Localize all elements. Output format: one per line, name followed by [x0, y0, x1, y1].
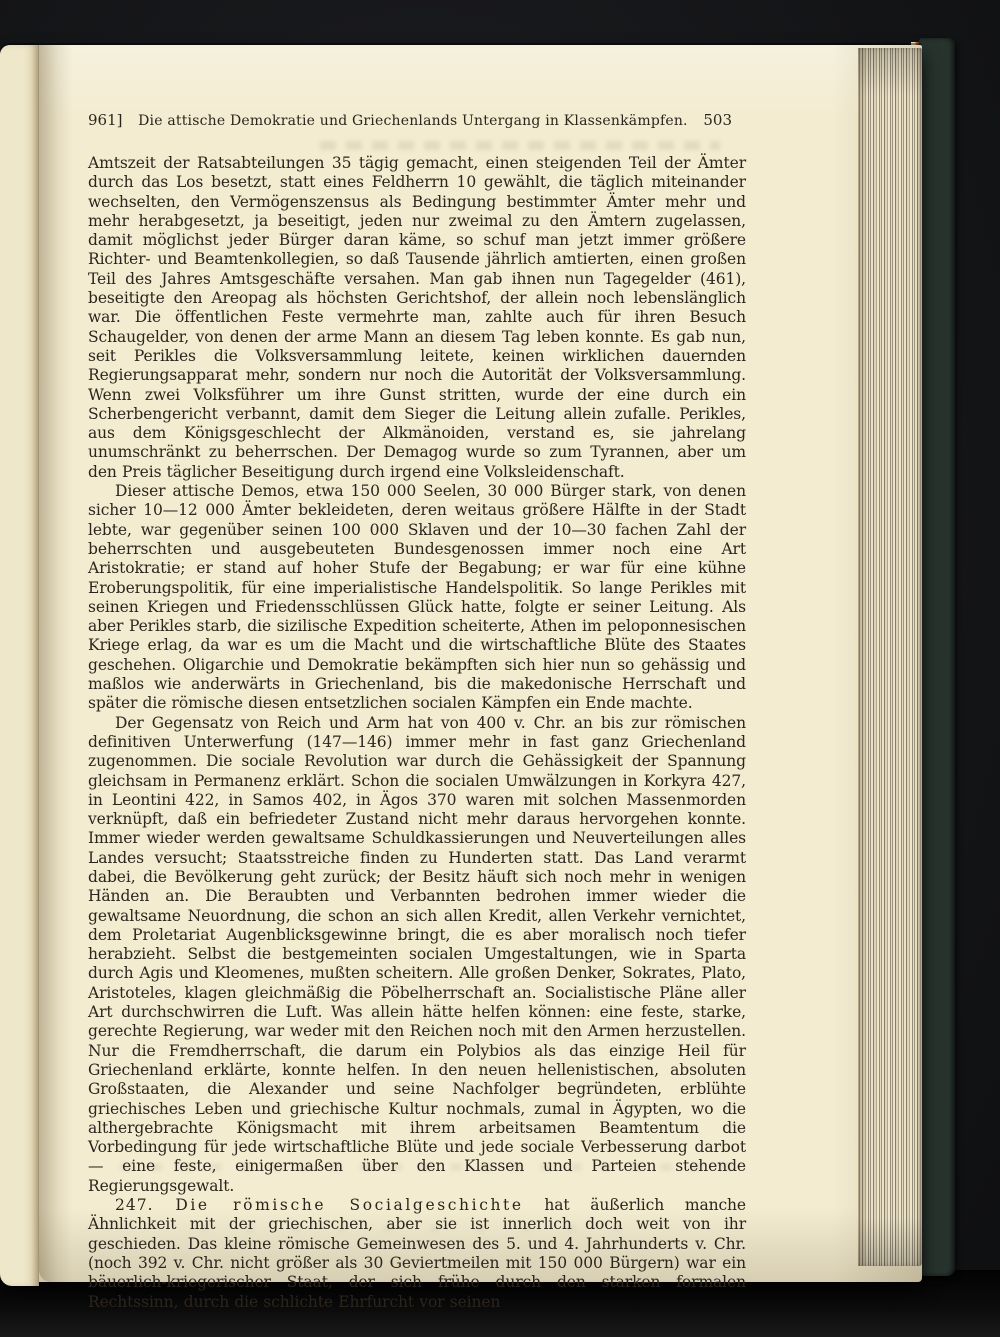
running-title: Die attische Demokratie und Griechenland…	[122, 112, 703, 130]
body-paragraph: Amtszeit der Ratsabteilungen 35 tägig ge…	[88, 154, 746, 482]
body-paragraph: 247. Die römische Socialgeschichte hat ä…	[88, 1196, 746, 1312]
printed-text-area: 961] Die attische Demokratie und Grieche…	[88, 111, 746, 1312]
book-page: 961] Die attische Demokratie und Grieche…	[0, 45, 922, 1282]
page-edges	[858, 48, 922, 1266]
page-number: 503	[703, 111, 746, 129]
page-header: 961] Die attische Demokratie und Grieche…	[88, 111, 746, 130]
spaced-lead-phrase: Die römische Socialgeschichte	[175, 1196, 523, 1214]
body-paragraph: Der Gegensatz von Reich und Arm hat von …	[88, 714, 746, 1196]
column-number: 961]	[88, 111, 122, 129]
body-paragraph: Dieser attische Demos, etwa 150 000 Seel…	[88, 482, 746, 714]
section-number: 247.	[115, 1196, 175, 1214]
book-cover-edge	[919, 38, 955, 1276]
gutter-page-sliver	[0, 45, 39, 1286]
gutter-shadow	[39, 45, 73, 1282]
book-scan: 961] Die attische Demokratie und Grieche…	[0, 0, 1000, 1337]
page-body: Amtszeit der Ratsabteilungen 35 tägig ge…	[88, 154, 746, 1312]
